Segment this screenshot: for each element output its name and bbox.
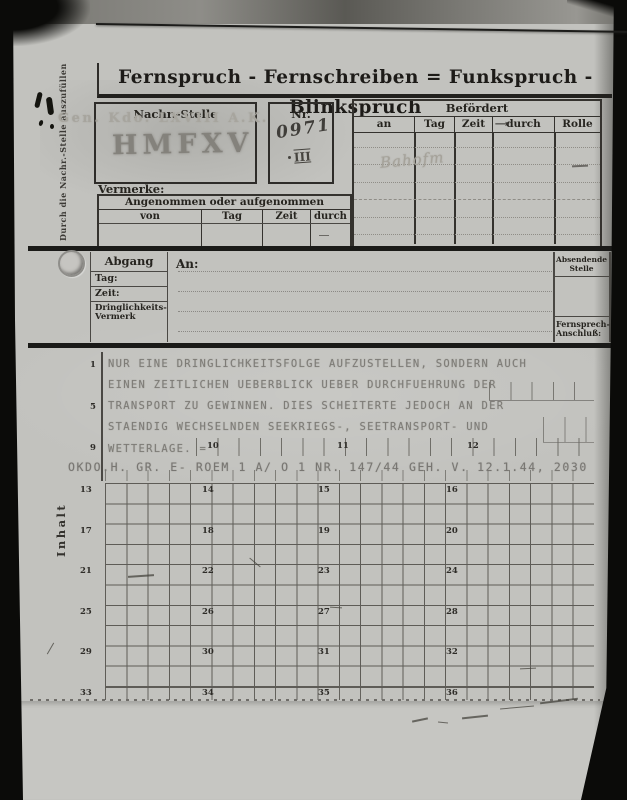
word-group-number: 35 xyxy=(318,688,330,698)
word-count-grid-fragment xyxy=(489,382,594,401)
station-code-stamp: HMFXV xyxy=(112,128,254,161)
perforation-edge xyxy=(30,699,600,701)
word-group-number: 20 xyxy=(446,526,458,536)
row-number: 17 xyxy=(80,526,92,536)
word-count-grid-fragment xyxy=(543,417,594,443)
an-label: An: xyxy=(176,257,198,271)
column-divider xyxy=(454,133,456,244)
column-divider xyxy=(262,224,264,246)
col-tag: Tag xyxy=(202,210,263,223)
word-group-number: 14 xyxy=(202,485,214,495)
word-count-grid xyxy=(105,483,594,688)
word-group-number: 36 xyxy=(446,688,458,698)
abgang-label-column: Abgang Tag: Zeit: Dringlichkeits-Vermerk xyxy=(90,252,168,342)
befoerdert-body: Bahofm xyxy=(354,133,600,244)
inhalt-label: Inhalt xyxy=(54,495,68,557)
angenommen-table: Angenommen oder aufgenommen von Tag Zeit… xyxy=(97,194,352,248)
col-zeit: Zeit→ xyxy=(455,117,493,132)
word-group-number: 26 xyxy=(202,607,214,617)
word-group-number: 19 xyxy=(318,526,330,536)
column-divider xyxy=(492,133,494,244)
befoerdert-title: Befördert xyxy=(354,101,600,117)
angenommen-body xyxy=(99,224,350,246)
ruling-line xyxy=(354,199,600,200)
pen-dash xyxy=(572,165,588,168)
abgang-zeit-label: Zeit: xyxy=(91,287,167,302)
typed-message-line: WETTERLAGE. = xyxy=(108,443,207,455)
month-numeral-handwritten: III xyxy=(294,149,312,164)
word-group-number: 31 xyxy=(318,647,330,657)
word-group-number: 28 xyxy=(446,607,458,617)
scan-corner xyxy=(567,0,627,18)
row-number: 25 xyxy=(80,607,92,617)
typed-signature-line: OKDO.H. GR. E- ROEM 1 A/ O 1 NR. 147/44 … xyxy=(68,460,588,474)
row-number: 21 xyxy=(80,566,92,576)
column-divider xyxy=(310,224,312,246)
col-rolle: Rolle xyxy=(555,117,600,132)
typed-message-line: STAENDIG WECHSELNDEN SEEKRIEGS-, SEETRAN… xyxy=(108,421,489,433)
col-tag: Tag xyxy=(415,117,455,132)
word-group-number: 10 xyxy=(207,441,219,451)
word-group-number: 18 xyxy=(202,526,214,536)
ruling-line xyxy=(354,217,600,218)
angenommen-header-row: von Tag Zeit durch xyxy=(99,210,350,224)
row-number: 5 xyxy=(90,402,96,412)
ink-mark xyxy=(50,124,54,129)
pencil-mark xyxy=(47,643,54,655)
ruling-line xyxy=(354,147,600,148)
write-line xyxy=(178,331,552,332)
col-von: von xyxy=(99,210,202,223)
write-line xyxy=(178,311,552,312)
underlying-sheet xyxy=(14,701,614,800)
scan-corner xyxy=(0,0,90,46)
column-divider xyxy=(201,224,203,246)
word-group-number: 22 xyxy=(202,566,214,576)
section-divider-bar xyxy=(28,246,612,252)
row-number: 9 xyxy=(90,443,96,453)
absendende-stelle-label: Absendende Stelle xyxy=(554,255,609,277)
pen-dot xyxy=(288,156,291,159)
col-zeit: Zeit xyxy=(263,210,311,223)
handwritten-signature: Bahofm xyxy=(379,148,445,172)
right-arrow-icon: → xyxy=(494,117,510,132)
word-group-number: 11 xyxy=(337,441,349,451)
typed-message-line: TRANSPORT ZU GEWINNEN. DIES SCHEITERTE J… xyxy=(108,400,504,412)
write-line xyxy=(178,291,552,292)
row-number: 13 xyxy=(80,485,92,495)
col-durch: durch xyxy=(311,210,350,223)
scanned-form-sheet: Fernspruch - Fernschreiben = Funkspruch … xyxy=(0,0,627,800)
word-group-number: 24 xyxy=(446,566,458,576)
write-line xyxy=(178,271,552,272)
befoerdert-table: Befördert an Tag Zeit→ durch Rolle Bahof… xyxy=(352,99,602,249)
divider-line xyxy=(553,316,611,317)
section-divider-bar xyxy=(28,343,612,349)
word-group-number: 15 xyxy=(318,485,330,495)
row-number: 29 xyxy=(80,647,92,657)
word-group-number: 32 xyxy=(446,647,458,657)
word-count-grid-fragment xyxy=(196,438,594,456)
abgang-tag-label: Tag: xyxy=(91,272,167,287)
row-number: 1 xyxy=(90,360,96,370)
row-number: 33 xyxy=(80,688,92,698)
punch-hole xyxy=(58,250,85,277)
word-group-number: 23 xyxy=(318,566,330,576)
word-group-number: 30 xyxy=(202,647,214,657)
typed-message-line: EINEN ZEITLICHEN UEBERBLICK UEBER DURCHF… xyxy=(108,379,497,391)
angenommen-title: Angenommen oder aufgenommen xyxy=(99,196,350,210)
word-group-number: 34 xyxy=(202,688,214,698)
typed-message-line: NUR EINE DRINGLICHKEITSFOLGE AUFZUSTELLE… xyxy=(108,358,527,370)
ruling-line xyxy=(354,182,600,183)
befoerdert-header-row: an Tag Zeit→ durch Rolle xyxy=(354,117,600,133)
ruling-line xyxy=(354,234,600,235)
word-group-number: 12 xyxy=(467,441,479,451)
word-group-number: 27 xyxy=(318,607,330,617)
form-title: Fernspruch - Fernschreiben = Funkspruch … xyxy=(97,63,612,98)
pen-dash xyxy=(319,235,329,236)
abgang-title: Abgang xyxy=(91,252,167,272)
scan-top-edge xyxy=(0,0,627,24)
col-an: an xyxy=(354,117,415,132)
column-divider xyxy=(554,133,556,244)
word-group-number: 16 xyxy=(446,485,458,495)
dringlichkeit-label: Dringlichkeits-Vermerk xyxy=(91,302,167,322)
fernsprech-anschluss-label: Fernsprech-Anschluß: xyxy=(556,320,610,338)
